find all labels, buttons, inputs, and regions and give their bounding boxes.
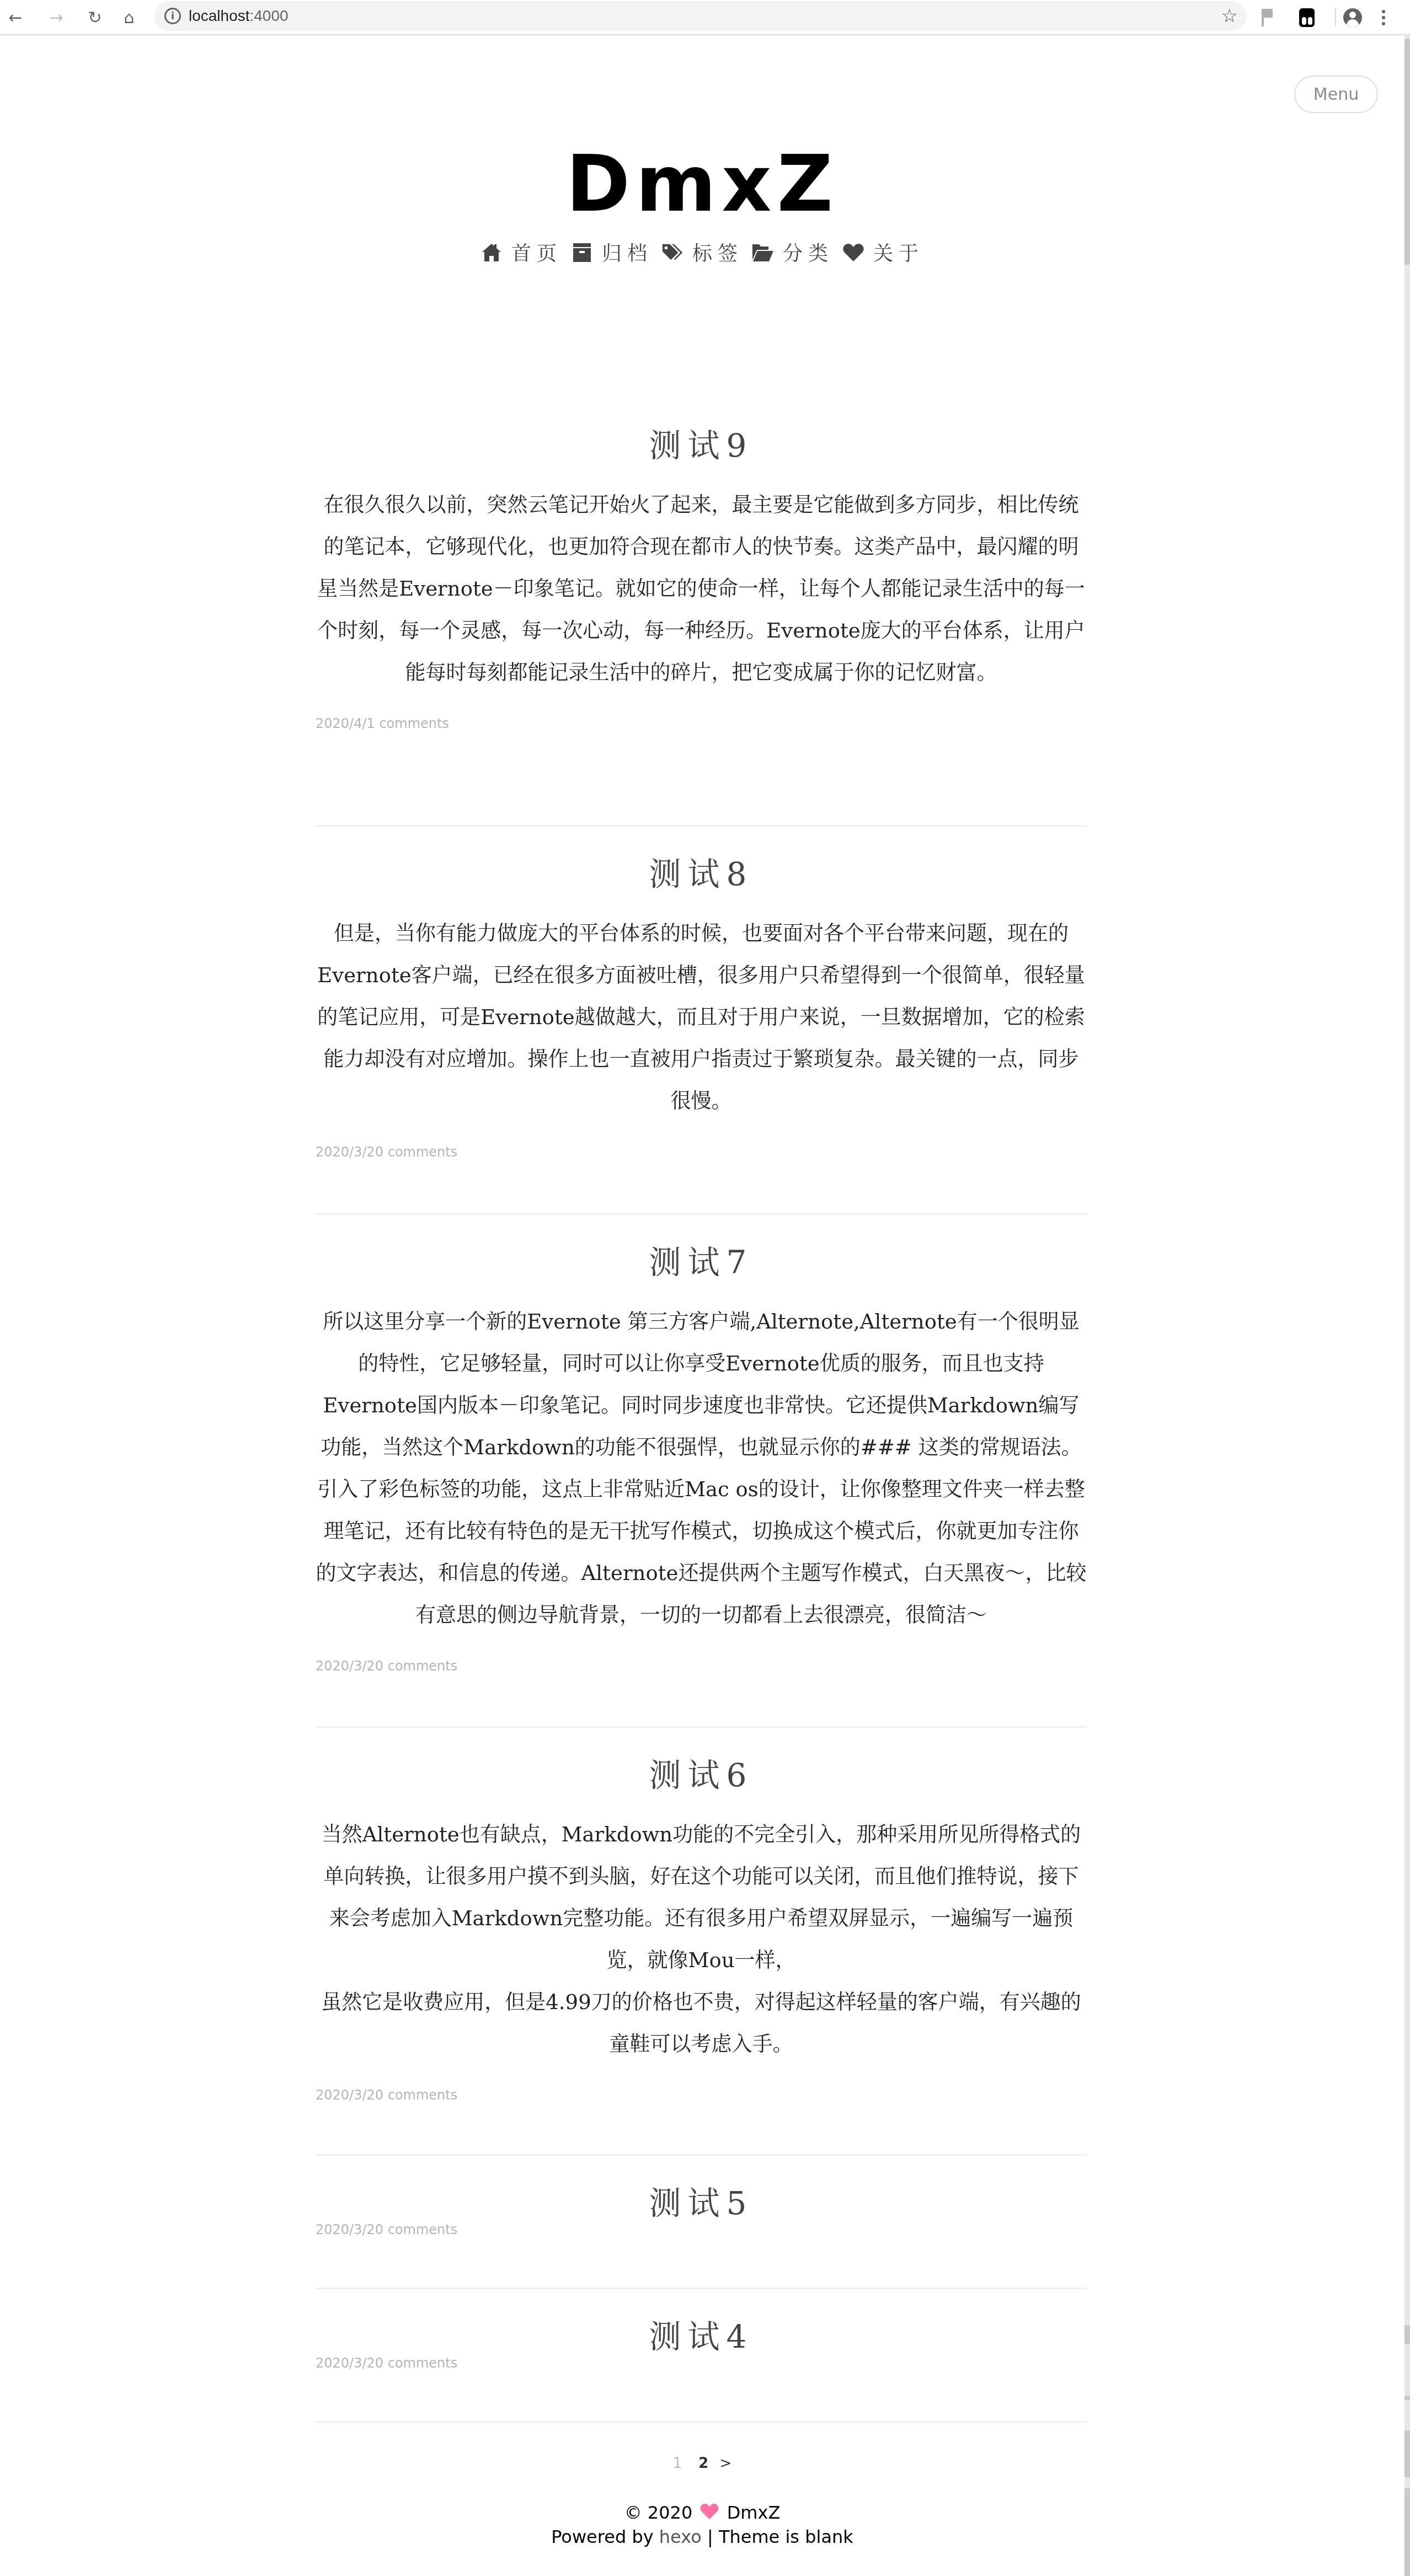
nav-item-about[interactable]: 关于 <box>842 238 924 266</box>
browser-toolbar: ← → ↻ ⌂ i localhost:4000 ☆ <box>0 0 1410 35</box>
post-divider <box>316 1213 1087 1215</box>
post-paragraph: 但是，当你有能力做庞大的平台体系的时候，也要面对各个平台带来问题，现在的Ever… <box>316 913 1087 1122</box>
post-item: 测试5 2020/3/20 comments <box>316 2181 1087 2237</box>
powered-text: Powered by <box>551 2526 653 2547</box>
heart-icon <box>842 242 864 264</box>
nav-item-tags[interactable]: 标签 <box>661 238 743 266</box>
profile-icon <box>1343 8 1362 27</box>
post-excerpt: 但是，当你有能力做庞大的平台体系的时候，也要面对各个平台带来问题，现在的Ever… <box>316 913 1087 1122</box>
theme-text: | Theme is blank <box>707 2526 853 2547</box>
post-title[interactable]: 测试6 <box>316 1753 1087 1797</box>
scrollbar-mark <box>1404 2325 1410 2344</box>
nav-item-label: 标签 <box>692 238 743 266</box>
home-icon: ⌂ <box>124 8 134 28</box>
post-title[interactable]: 测试5 <box>316 2181 1087 2225</box>
copyright-text: © 2020 <box>624 2502 693 2523</box>
pagination: 1 2 > <box>0 2455 1404 2472</box>
page-link-1[interactable]: 1 <box>673 2455 682 2472</box>
post-divider <box>316 2421 1087 2423</box>
chrome-menu-icon <box>1382 10 1385 13</box>
scrollbar-mark <box>1404 2430 1410 2477</box>
forward-icon: → <box>49 8 63 28</box>
post-divider <box>316 1726 1087 1728</box>
archive-icon <box>571 242 593 264</box>
extension-button[interactable] <box>1297 6 1316 30</box>
page-current: 2 <box>698 2455 708 2472</box>
post-meta: 2020/3/20 comments <box>316 2087 1087 2103</box>
nav-item-categories[interactable]: 分类 <box>752 238 834 266</box>
page-scrollbar[interactable] <box>1404 35 1410 2576</box>
back-icon: ← <box>8 8 22 28</box>
hexo-link[interactable]: hexo <box>659 2526 702 2547</box>
tags-icon <box>661 242 683 264</box>
post-title[interactable]: 测试8 <box>316 852 1087 896</box>
post-item: 测试9 在很久很久以前，突然云笔记开始火了起来，最主要是它能做到多方同步，相比传… <box>316 424 1087 731</box>
scrollbar-mark <box>1404 2396 1410 2400</box>
menu-button[interactable]: Menu <box>1294 76 1378 113</box>
reload-button[interactable]: ↻ <box>83 6 107 30</box>
url-host: localhost <box>189 7 250 25</box>
copyright-line: © 2020 DmxZ <box>0 2501 1404 2525</box>
post-item: 测试8 但是，当你有能力做庞大的平台体系的时候，也要面对各个平台带来问题，现在的… <box>316 852 1087 1160</box>
post-meta: 2020/4/1 comments <box>316 716 1087 731</box>
home-icon <box>480 242 503 264</box>
reload-icon: ↻ <box>88 8 102 28</box>
extension-icon <box>1299 8 1315 27</box>
post-paragraph: 当然Alternote也有缺点，Markdown功能的不完全引入，那种采用所见所… <box>316 1814 1087 1981</box>
url-port: :4000 <box>250 7 289 25</box>
next-page-button[interactable]: > <box>719 2455 731 2472</box>
home-button[interactable]: ⌂ <box>117 6 141 30</box>
post-paragraph: 在很久很久以前，突然云笔记开始火了起来，最主要是它能做到多方同步，相比传统的笔记… <box>316 484 1087 694</box>
bookmark-star-icon[interactable]: ☆ <box>1221 6 1238 26</box>
nav-item-archive[interactable]: 归档 <box>571 238 653 266</box>
heart-icon <box>700 2502 719 2525</box>
nav-item-label: 关于 <box>873 238 924 266</box>
nav-item-label: 归档 <box>602 238 653 266</box>
post-title[interactable]: 测试9 <box>316 424 1087 468</box>
site-nav: 首页 归档 标签 分类 关于 <box>0 238 1404 266</box>
post-divider <box>316 2154 1087 2156</box>
post-divider <box>316 825 1087 827</box>
powered-line: Powered by hexo | Theme is blank <box>0 2525 1404 2548</box>
site-title[interactable]: DmxZ <box>0 141 1404 229</box>
post-title[interactable]: 测试7 <box>316 1240 1087 1284</box>
forward-button[interactable]: → <box>44 6 68 30</box>
post-title[interactable]: 测试4 <box>316 2315 1087 2359</box>
back-button[interactable]: ← <box>3 6 28 30</box>
post-meta: 2020/3/20 comments <box>316 1658 1087 1674</box>
toolbar-separator <box>1335 8 1336 26</box>
post-item: 测试6 当然Alternote也有缺点，Markdown功能的不完全引入，那种采… <box>316 1753 1087 2103</box>
post-item: 测试7 所以这里分享一个新的Evernote 第三方客户端,Alternote,… <box>316 1240 1087 1674</box>
post-meta: 2020/3/20 comments <box>316 1144 1087 1160</box>
post-excerpt: 当然Alternote也有缺点，Markdown功能的不完全引入，那种采用所见所… <box>316 1814 1087 2065</box>
folder-open-icon <box>752 242 774 264</box>
nav-item-home[interactable]: 首页 <box>480 238 562 266</box>
nav-item-label: 首页 <box>511 238 562 266</box>
scrollbar-thumb[interactable] <box>1404 39 1410 265</box>
post-divider <box>316 2288 1087 2289</box>
flag-extension-button[interactable] <box>1259 6 1275 30</box>
site-footer: © 2020 DmxZ Powered by hexo | Theme is b… <box>0 2501 1404 2548</box>
nav-item-label: 分类 <box>783 238 834 266</box>
scrollbar-mark <box>1404 2488 1410 2576</box>
chrome-menu-button[interactable] <box>1377 6 1390 30</box>
post-item: 测试4 2020/3/20 comments <box>316 2315 1087 2371</box>
flag-extension-icon <box>1262 9 1273 26</box>
post-excerpt: 在很久很久以前，突然云笔记开始火了起来，最主要是它能做到多方同步，相比传统的笔记… <box>316 484 1087 694</box>
site-info-icon[interactable]: i <box>164 8 181 24</box>
footer-author: DmxZ <box>727 2502 781 2523</box>
profile-button[interactable] <box>1340 6 1365 30</box>
address-bar[interactable]: i localhost:4000 ☆ <box>154 1 1247 31</box>
post-paragraph: 所以这里分享一个新的Evernote 第三方客户端,Alternote,Alte… <box>316 1301 1087 1636</box>
post-excerpt: 所以这里分享一个新的Evernote 第三方客户端,Alternote,Alte… <box>316 1301 1087 1636</box>
post-paragraph: 虽然它是收费应用，但是4.99刀的价格也不贵，对得起这样轻量的客户端，有兴趣的童… <box>316 1981 1087 2065</box>
